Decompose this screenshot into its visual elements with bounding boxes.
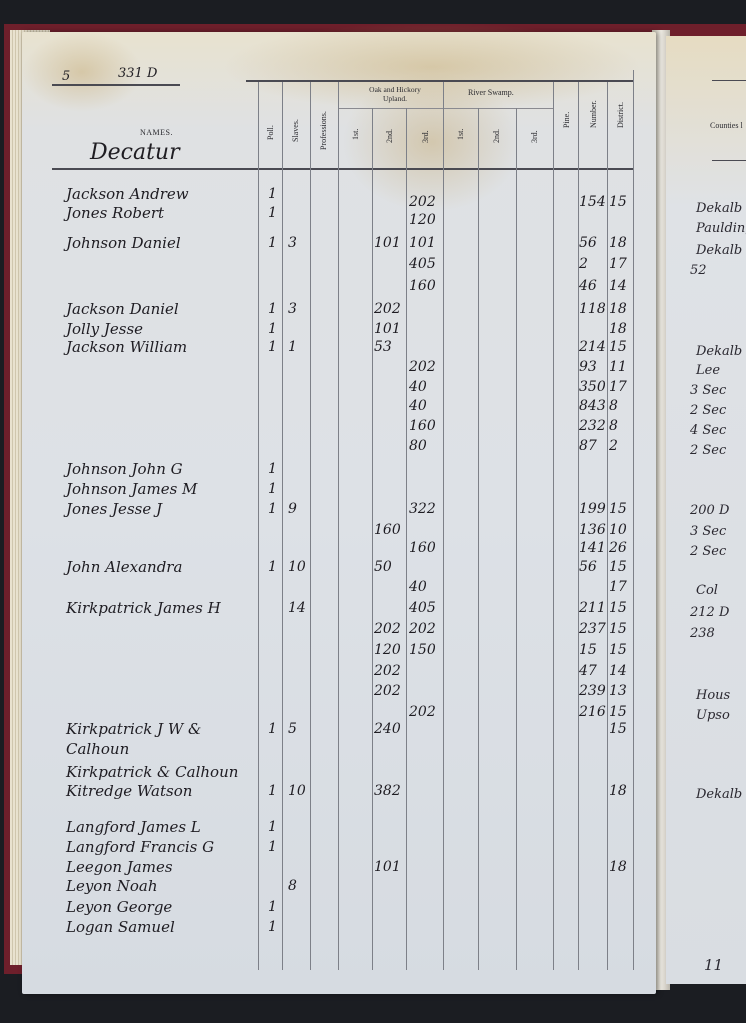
county-entry: Lee [696,364,720,377]
county-entry: 2 Sec [690,444,726,457]
district-number: 18 [609,302,627,316]
county-entry: 212 D [690,606,729,619]
county-entry: Dekalb [696,788,742,801]
entry-name: Kitredge Watson [66,784,192,799]
oak-2nd-acres: 202 [374,622,401,636]
oak-3rd-acres: 405 [409,601,436,615]
county-entry: 3 Sec [690,384,726,397]
district-number: 11 [609,360,627,374]
entry-name: Jones Jesse J [66,502,162,517]
slaves-value: 3 [288,236,297,250]
county-entry: 200 D [690,504,729,517]
entry-name: Langford Francis G [66,840,214,855]
entry-name: Johnson James M [66,482,197,497]
oak-2nd-acres: 53 [374,340,392,354]
county-entry: 238 [690,627,715,640]
district-number: 15 [609,560,627,574]
column-divider [310,82,311,970]
county-name: Decatur [90,142,180,164]
oak-3rd-acres: 120 [409,213,436,227]
poll-value: 1 [268,322,277,336]
county-entry: 2 Sec [690,404,726,417]
poll-value: 1 [268,722,277,736]
district-number: 15 [609,502,627,516]
column-divider [516,108,517,970]
district-number: 15 [609,601,627,615]
oak-2nd-header: 2nd. [385,129,394,143]
oak-3rd-acres: 322 [409,502,436,516]
poll-value: 1 [268,502,277,516]
poll-value: 1 [268,820,277,834]
county-entry: 2 Sec [690,545,726,558]
district-number: 18 [609,860,627,874]
poll-value: 1 [268,462,277,476]
column-divider [443,82,444,970]
oak-hickory-header: Oak and Hickory Upland. [358,85,432,103]
slaves-value: 8 [288,879,297,893]
district-number: 2 [609,439,618,453]
oak-2nd-acres: 202 [374,664,401,678]
entry-name: Leyon George [66,900,172,915]
lot-number: 141 [579,541,606,555]
entry-name: Jolly Jesse [66,322,143,337]
district-number: 15 [609,705,627,719]
county-entry: Upso [696,709,730,722]
folio-number: 331 D [118,67,157,80]
column-divider [282,82,283,970]
right-page: Counties l DekalbPauldingDekalb52DekalbL… [666,36,746,984]
district-number: 15 [609,643,627,657]
lot-number: 843 [579,399,606,413]
slaves-value: 5 [288,722,297,736]
lot-number: 56 [579,236,597,250]
poll-value: 1 [268,236,277,250]
poll-value: 1 [268,900,277,914]
poll-value: 1 [268,187,277,201]
right-header-rule-top [712,80,746,81]
header-rule-bottom [52,168,634,170]
header-rule-top [246,80,634,82]
professions-header: Professions. [319,111,328,150]
column-divider [258,82,259,970]
oak-2nd-acres: 202 [374,684,401,698]
county-entry: 52 [690,264,707,277]
column-divider [607,82,608,970]
column-divider [372,108,373,970]
poll-value: 1 [268,920,277,934]
lot-number: 136 [579,523,606,537]
entry-name: Calhoun [66,742,129,757]
lot-number: 239 [579,684,606,698]
entry-name: Jones Robert [66,206,164,221]
slaves-value: 9 [288,502,297,516]
corner-mark: 5 [62,70,70,83]
river-3rd-header: 3rd. [530,130,539,143]
oak-3rd-acres: 150 [409,643,436,657]
entry-name: Langford James L [66,820,201,835]
oak-3rd-acres: 160 [409,279,436,293]
county-entry: Dekalb [696,345,742,358]
river-swamp-header: River Swamp. [468,88,514,97]
pine-header: Pine. [562,112,571,128]
lot-number: 46 [579,279,597,293]
district-number: 15 [609,340,627,354]
district-number: 14 [609,664,627,678]
column-divider [338,82,339,970]
district-number: 18 [609,322,627,336]
district-number: 15 [609,722,627,736]
oak-2nd-acres: 50 [374,560,392,574]
oak-3rd-acres: 40 [409,380,427,394]
slaves-value: 10 [288,560,306,574]
lot-number: 47 [579,664,597,678]
oak-2nd-acres: 160 [374,523,401,537]
district-number: 18 [609,784,627,798]
entry-name: Leegon James [66,860,173,875]
lot-number: 350 [579,380,606,394]
county-entry: Dekalb [696,202,742,215]
poll-value: 1 [268,560,277,574]
poll-value: 1 [268,340,277,354]
lot-number: 56 [579,560,597,574]
oak-3rd-acres: 405 [409,257,436,271]
column-divider [478,108,479,970]
county-entry: Col [696,584,718,597]
oak-subheader-rule [338,108,446,109]
oak-3rd-acres: 202 [409,195,436,209]
entry-name: Johnson John G [66,462,183,477]
oak-2nd-acres: 101 [374,236,401,250]
river-1st-header: 1st. [456,129,465,140]
district-number: 8 [609,419,618,433]
county-entry: 4 Sec [690,424,726,437]
district-number: 26 [609,541,627,555]
oak-3rd-acres: 80 [409,439,427,453]
right-header-rule-bottom [712,160,746,161]
district-number: 18 [609,236,627,250]
oak-3rd-acres: 160 [409,541,436,555]
slaves-value: 14 [288,601,306,615]
district-number: 8 [609,399,618,413]
lot-number: 211 [579,601,606,615]
column-divider [633,70,634,970]
entry-name: Kirkpatrick & Calhoun [66,765,238,780]
oak-3rd-acres: 202 [409,360,436,374]
names-header: NAMES. [140,128,173,137]
oak-2nd-acres: 382 [374,784,401,798]
entry-name: Logan Samuel [66,920,175,935]
entry-name: Leyon Noah [66,879,158,894]
header-rule-top-left [52,84,180,86]
slaves-header: Slaves. [291,119,300,142]
number-header: Number. [589,100,598,128]
lot-number: 237 [579,622,606,636]
page-number: 11 [704,958,723,973]
oak-3rd-acres: 160 [409,419,436,433]
oak-2nd-acres: 101 [374,322,401,336]
oak-3rd-acres: 40 [409,580,427,594]
lot-number: 214 [579,340,606,354]
lot-number: 2 [579,257,588,271]
oak-2nd-acres: 202 [374,302,401,316]
poll-value: 1 [268,302,277,316]
lot-number: 15 [579,643,597,657]
oak-3rd-acres: 202 [409,705,436,719]
poll-value: 1 [268,840,277,854]
poll-value: 1 [268,784,277,798]
entry-name: Jackson Andrew [66,187,189,202]
slaves-value: 3 [288,302,297,316]
lot-number: 216 [579,705,606,719]
county-entry: Paulding [696,222,746,235]
river-2nd-header: 2nd. [492,129,501,143]
poll-value: 1 [268,482,277,496]
lot-number: 118 [579,302,606,316]
slaves-value: 1 [288,340,297,354]
oak-2nd-acres: 101 [374,860,401,874]
oak-2nd-acres: 120 [374,643,401,657]
oak-3rd-acres: 101 [409,236,436,250]
county-entry: 3 Sec [690,525,726,538]
district-number: 10 [609,523,627,537]
district-number: 17 [609,257,627,271]
entry-name: Jackson William [66,340,187,355]
district-number: 14 [609,279,627,293]
oak-3rd-acres: 202 [409,622,436,636]
lot-number: 87 [579,439,597,453]
district-number: 13 [609,684,627,698]
column-divider [553,82,554,970]
entry-name: Johnson Daniel [66,236,181,251]
oak-3rd-header: 3rd. [421,130,430,143]
lot-number: 93 [579,360,597,374]
entry-name: Kirkpatrick James H [66,601,221,616]
county-entry: Hous [696,689,730,702]
right-page-header: Counties l [710,121,743,130]
district-number: 15 [609,622,627,636]
lot-number: 154 [579,195,606,209]
county-entry: Dekalb [696,244,742,257]
entry-name: John Alexandra [66,560,182,575]
district-number: 15 [609,195,627,209]
lot-number: 199 [579,502,606,516]
river-subheader-rule [443,108,553,109]
district-header: District. [616,102,625,128]
district-number: 17 [609,380,627,394]
lot-number: 232 [579,419,606,433]
entry-name: Jackson Daniel [66,302,179,317]
column-divider [406,108,407,970]
oak-3rd-acres: 40 [409,399,427,413]
district-number: 17 [609,580,627,594]
slaves-value: 10 [288,784,306,798]
oak-2nd-acres: 240 [374,722,401,736]
entry-name: Kirkpatrick J W & [66,722,201,737]
poll-value: 1 [268,206,277,220]
poll-header: Poll. [266,125,275,140]
oak-1st-header: 1st. [351,129,360,140]
